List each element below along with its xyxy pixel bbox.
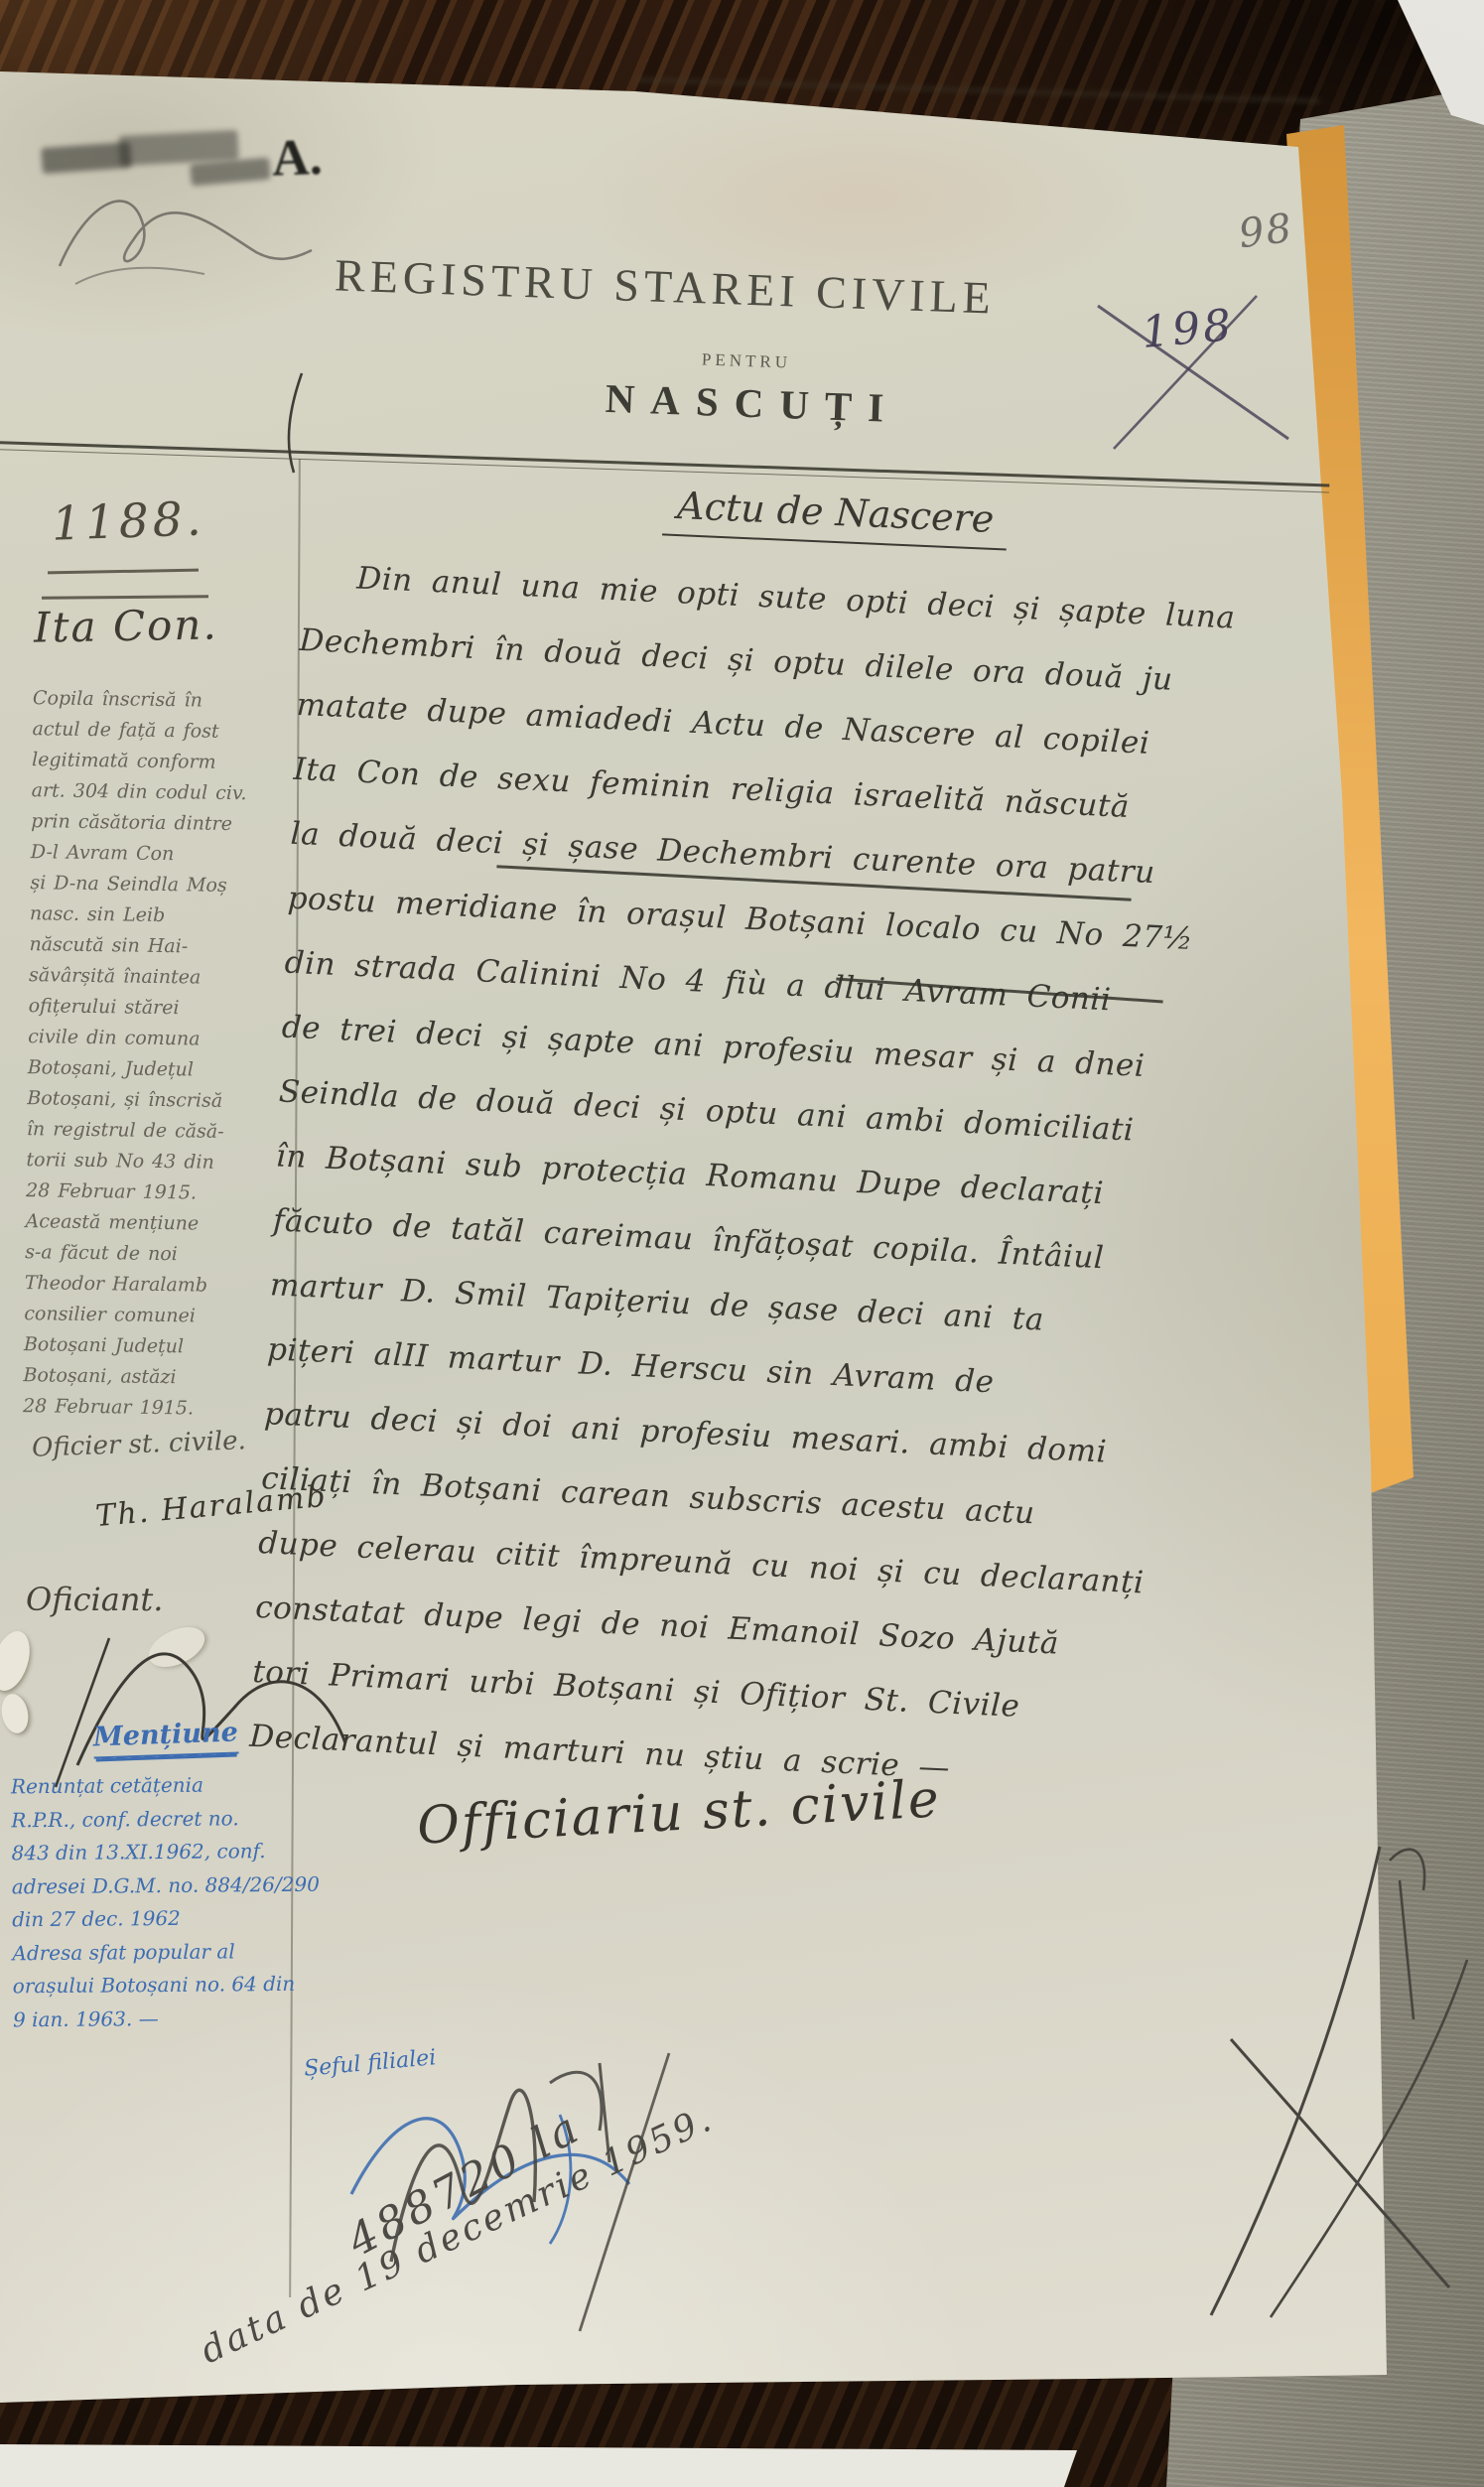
mention-title: Mențiune bbox=[92, 1717, 238, 1758]
child-name: Ita Con. bbox=[34, 600, 219, 651]
mention-citizenship-note: Renunțat cetățeniaR.P.R., conf. decret n… bbox=[11, 1768, 321, 2037]
photo-of-civil-registry-page: A. REGISTRU STAREI CIVILE PENTRU NASCUȚI… bbox=[0, 0, 1484, 2487]
cross-out-strokes bbox=[1090, 294, 1308, 453]
record-number: 1188. bbox=[51, 491, 205, 551]
pen-tick-mark bbox=[270, 369, 320, 479]
act-body-text: Din anul una mie opti sute opti deci și … bbox=[248, 544, 1454, 1821]
margin-legitimation-note: Copila înscrisă înactul de față a fost l… bbox=[23, 683, 299, 1426]
large-pen-flourish bbox=[1050, 1819, 1484, 2355]
officiant-label: Oficiant. bbox=[26, 1581, 163, 1618]
page-number-pencil: 98 bbox=[1236, 206, 1295, 257]
